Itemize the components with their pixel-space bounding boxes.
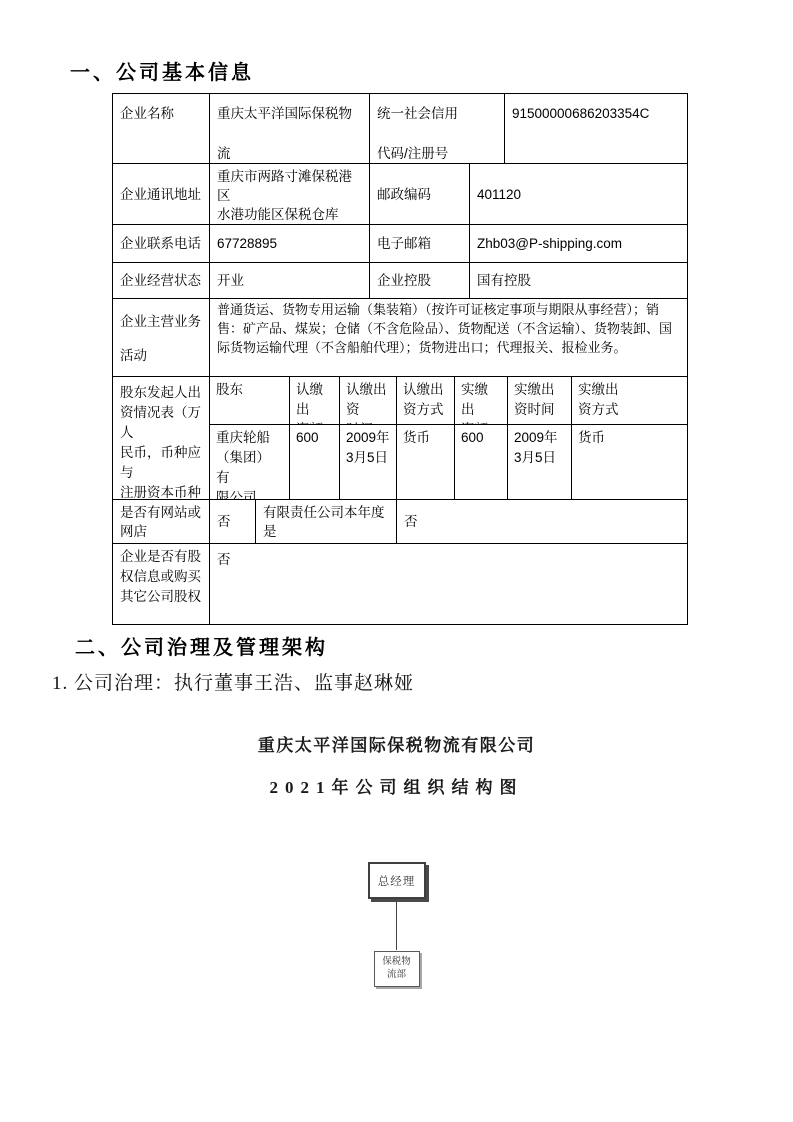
table-row: 是否有网站或 网店 否 有限责任公司本年度是 否有股权转让 否 [113,500,687,544]
table-row: 企业联系电话 67728895 电子邮箱 Zhb03@P-shipping.co… [113,225,687,263]
section1-heading: 一、公司基本信息 [70,56,793,85]
col-header-paid-date: 实缴出 资时间 [508,377,572,424]
table-row: 企业经营状态 开业 企业控股 国有控股 [113,263,687,299]
table-row: 企业通讯地址 重庆市两路寸滩保税港区 水港功能区保税仓库 S6-1-1 邮政编码… [113,164,687,225]
company-info-table: 企业名称 重庆太平洋国际保税物流 有限公司 统一社会信用 代码/注册号 9150… [112,93,688,625]
equity-transfer-label: 有限责任公司本年度是 否有股权转让 [256,500,397,543]
shareholder-section-label: 股东发起人出 资情况表（万人 民币，币种应与 注册资本币种 一致） [113,377,210,499]
website-value: 否 [210,500,256,543]
email-value: Zhb03@P-shipping.com [470,225,687,262]
table-row: 企业是否有股 权信息或购买 其它公司股权 否 [113,544,687,624]
table-row: 企业名称 重庆太平洋国际保税物流 有限公司 统一社会信用 代码/注册号 9150… [113,94,687,164]
org-chart-title: 2021年公司组织结构图 [0,773,793,798]
org-chart: 总经理 保税物 流部 [0,862,793,987]
org-chart-company-title: 重庆太平洋国际保税物流有限公司 [0,731,793,756]
col-header-subscribed-amount: 认缴出 资额 [290,377,340,424]
shareholder-section-row: 股东发起人出 资情况表（万人 民币，币种应与 注册资本币种 一致） 股东 认缴出… [113,377,687,500]
credit-code-value: 91500000686203354C [505,94,687,163]
main-business-value: 普通货运、货物专用运输（集装箱）（按许可证核定事项与期限从事经营）；销售：矿产品… [210,299,687,376]
col-header-paid-amount: 实缴出 资额 [455,377,508,424]
business-status-label: 企业经营状态 [113,263,210,298]
postcode-label: 邮政编码 [370,164,470,224]
subscribed-method-cell: 货币 [397,425,455,500]
website-label: 是否有网站或 网店 [113,500,210,543]
section2-heading: 二、公司治理及管理架构 [75,631,793,660]
org-connector-line [396,900,397,950]
address-label: 企业通讯地址 [113,164,210,224]
shareholder-subtable: 股东 认缴出 资额 认缴出资 时间 认缴出 资方式 实缴出 资额 实缴出 资时间… [210,377,687,499]
equity-info-label: 企业是否有股 权信息或购买 其它公司股权 [113,544,210,624]
equity-info-value: 否 [210,544,687,624]
holding-label: 企业控股 [370,263,470,298]
holding-value: 国有控股 [470,263,687,298]
business-status-value: 开业 [210,263,370,298]
paid-amount-cell: 600 [455,425,508,500]
org-node-bonded-logistics-dept: 保税物 流部 [374,951,420,987]
org-node-general-manager: 总经理 [368,862,426,899]
equity-transfer-value: 否 [397,500,687,543]
main-business-label: 企业主营业务 活动 [113,299,210,376]
paid-date-cell: 2009年 3月5日 [508,425,572,500]
col-header-shareholder: 股东 [210,377,290,424]
col-header-subscribed-method: 认缴出 资方式 [397,377,455,424]
table-row: 企业主营业务 活动 普通货运、货物专用运输（集装箱）（按许可证核定事项与期限从事… [113,299,687,377]
shareholder-name-cell: 重庆轮船 （集团）有 限公司 [210,425,290,500]
credit-code-label: 统一社会信用 代码/注册号 [370,94,505,163]
governance-line: 1. 公司治理：执行董事王浩、监事赵琳娅 [52,668,793,695]
shareholder-header-row: 股东 认缴出 资额 认缴出资 时间 认缴出 资方式 实缴出 资额 实缴出 资时间… [210,377,687,425]
company-name-label: 企业名称 [113,94,210,163]
subscribed-date-cell: 2009年 3月5日 [340,425,397,500]
shareholder-data-row: 重庆轮船 （集团）有 限公司 600 2009年 3月5日 货币 600 200… [210,425,687,500]
company-name-value: 重庆太平洋国际保税物流 有限公司 [210,94,370,163]
phone-label: 企业联系电话 [113,225,210,262]
postcode-value: 401120 [470,164,687,224]
col-header-paid-method: 实缴出 资方式 [572,377,687,424]
phone-value: 67728895 [210,225,370,262]
email-label: 电子邮箱 [370,225,470,262]
col-header-subscribed-date: 认缴出资 时间 [340,377,397,424]
paid-method-cell: 货币 [572,425,687,500]
subscribed-amount-cell: 600 [290,425,340,500]
address-value: 重庆市两路寸滩保税港区 水港功能区保税仓库 S6-1-1 [210,164,370,224]
